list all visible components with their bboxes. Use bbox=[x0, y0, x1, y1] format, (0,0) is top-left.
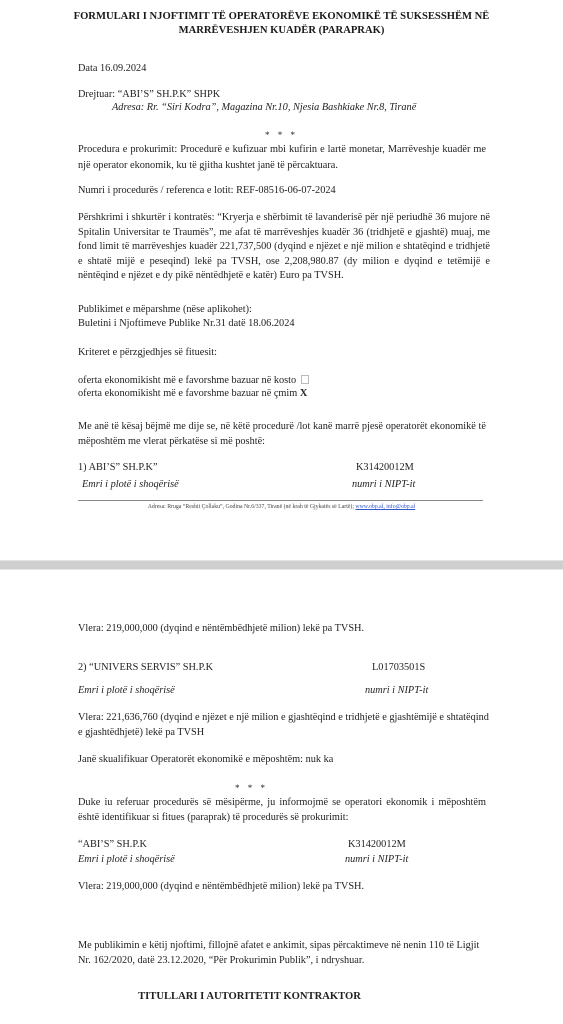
winner-value: Vlera: 219,000,000 (dyqind e nëntëmbëdhj… bbox=[78, 880, 486, 894]
disqualified-operators: Janë skualifikuar Operatorët ekonomikë e… bbox=[78, 753, 486, 767]
participant-2-nipt: L01703501S bbox=[372, 661, 425, 675]
winner-intro: Duke iu referuar procedurës së mësipërme… bbox=[78, 795, 486, 825]
participant-2-nipt-caption: numri i NIPT-it bbox=[365, 684, 428, 698]
checkbox-unchecked-icon bbox=[301, 375, 309, 384]
winner-name: “ABI’S” SH.P.K bbox=[78, 838, 486, 852]
participant-1-value: Vlera: 219,000,000 (dyqind e nëntëmbëdhj… bbox=[78, 622, 486, 636]
winner-nipt: K31420012M bbox=[348, 838, 406, 852]
date: Data 16.09.2024 bbox=[78, 62, 486, 76]
participant-2-value: Vlera: 221,636,760 (dyqind e njëzet e nj… bbox=[78, 710, 490, 740]
document-title-line1: FORMULARI I NJOFTIMIT TË OPERATORËVE EKO… bbox=[0, 10, 563, 24]
addressed-to: Drejtuar: “ABI’S” SH.P.K” SHPK bbox=[78, 88, 486, 102]
page-separator bbox=[0, 560, 563, 570]
checked-mark-icon: X bbox=[300, 388, 307, 399]
procedure: Procedura e prokurimit: Procedurë e kufi… bbox=[78, 142, 486, 173]
criteria-option-cost-label: oferta ekonomikisht më e favorshme bazua… bbox=[78, 375, 296, 386]
separator-stars-2: * * * bbox=[0, 781, 533, 795]
address: Adresa: Rr. “Siri Kodra”, Magazina Nr.10… bbox=[112, 101, 532, 115]
participants-intro: Me anë të kësaj bëjmë me dije se, në kët… bbox=[78, 419, 486, 449]
criteria-label: Kriteret e përzgjedhjes së fituesit: bbox=[78, 346, 486, 360]
document-title-line2: MARRËVESHJEN KUADËR (PARAPRAK) bbox=[0, 24, 563, 38]
participant-1-nipt: K31420012M bbox=[356, 461, 414, 475]
winner-nipt-caption: numri i NIPT-it bbox=[345, 853, 408, 867]
participant-1-nipt-caption: numri i NIPT-it bbox=[352, 478, 415, 492]
separator-stars: * * * bbox=[0, 128, 563, 142]
criteria-option-price-label: oferta ekonomikisht më e favorshme bazua… bbox=[78, 388, 297, 399]
footer-links[interactable]: www.obp.al, info@obp.al bbox=[355, 504, 415, 510]
appeal-notice: Me publikimin e këtij njoftimi, fillojnë… bbox=[78, 938, 490, 968]
winner-name-caption: Emri i plotë i shoqërisë bbox=[78, 853, 486, 867]
criteria-option-cost: oferta ekonomikisht më e favorshme bazua… bbox=[78, 374, 486, 388]
previous-publications-label: Publikimet e mëparshme (nëse aplikohet): bbox=[78, 303, 486, 317]
signature-title: TITULLARI I AUTORITETIT KONTRAKTOR bbox=[0, 990, 531, 1004]
page-footer: Adresa: Rruga “Reshit Çollaku”, Godina N… bbox=[0, 503, 563, 511]
procedure-number: Numri i procedurës / referenca e lotit: … bbox=[78, 184, 486, 198]
contract-description: Përshkrimi i shkurtër i kontratës: “Krye… bbox=[78, 211, 490, 284]
participant-1-name-caption: Emri i plotë i shoqërisë bbox=[82, 478, 490, 492]
footer-divider bbox=[78, 500, 483, 501]
participant-1-name: 1) ABI’S” SH.P.K” bbox=[78, 461, 486, 475]
footer-address: Adresa: Rruga “Reshit Çollaku”, Godina N… bbox=[148, 504, 354, 510]
previous-publications-value: Buletini i Njoftimeve Publike Nr.31 datë… bbox=[78, 317, 486, 331]
criteria-option-price: oferta ekonomikisht më e favorshme bazua… bbox=[78, 387, 486, 401]
